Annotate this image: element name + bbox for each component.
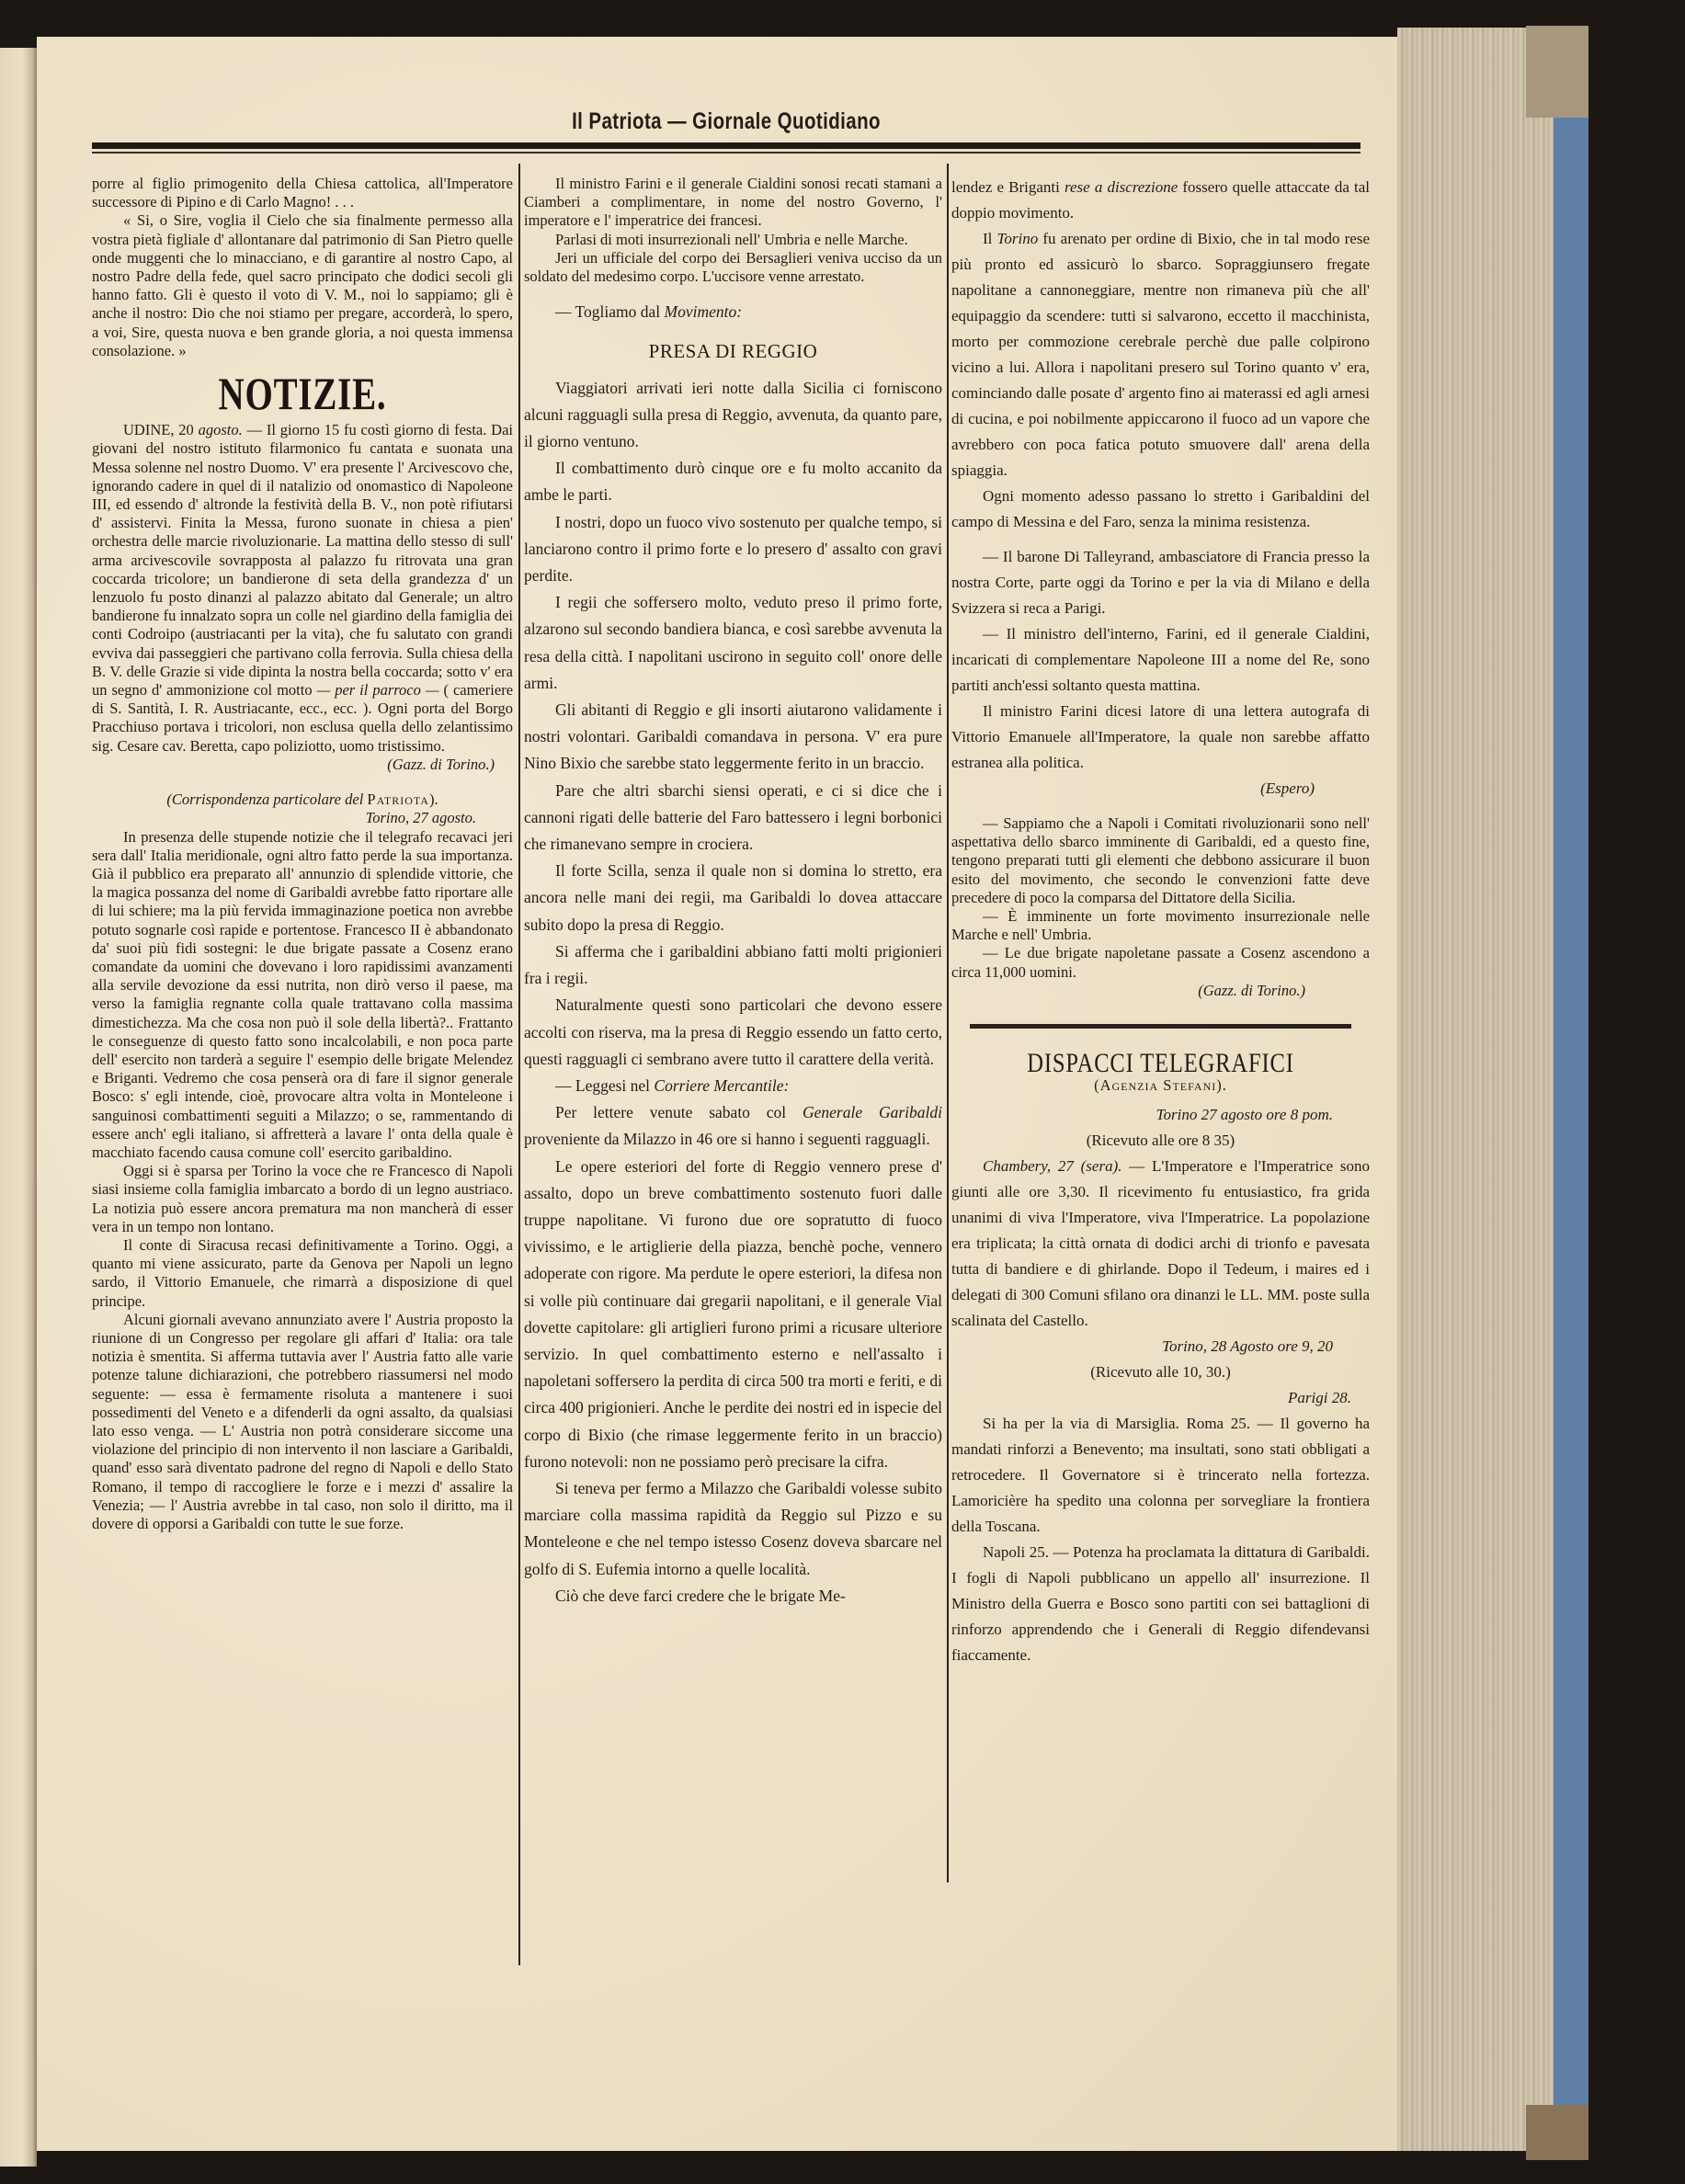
article-paragraph: Naturalmente questi sono particolari che… <box>524 992 942 1073</box>
dispatch-text: Napoli 25. — Potenza ha proclamata la di… <box>951 1540 1370 1668</box>
article-paragraph: Oggi si è sparsa per Torino la voce che … <box>92 1162 513 1236</box>
article-text: — Il giorno 15 fu costì giorno di festa.… <box>92 421 513 699</box>
article-paragraph: Il combattimento durò cinque ore e fu mo… <box>524 455 942 508</box>
agency-name: (Agenzia Stefani). <box>951 1076 1370 1095</box>
article-paragraph: porre al figlio primogenito della Chiesa… <box>92 175 513 211</box>
article-paragraph: I nostri, dopo un fuoco vivo sostenuto p… <box>524 509 942 590</box>
book-spine-left-page <box>0 48 37 2167</box>
article-paragraph: Il ministro Farini e il generale Cialdin… <box>524 175 942 231</box>
dispatch-text: Chambery, 27 (sera). — L'Imperatore e l'… <box>951 1154 1370 1334</box>
dateline-month: agosto. <box>199 421 243 438</box>
news-item: — Il barone Di Talleyrand, ambasciatore … <box>951 544 1370 621</box>
correspondence-header: (Corrispondenza particolare del Patriota… <box>92 791 513 809</box>
dispatch-place: Parigi 28. <box>951 1385 1351 1411</box>
dispatch-received: (Ricevuto alle 10, 30.) <box>951 1359 1370 1385</box>
dispatch-received: (Ricevuto alle ore 8 35) <box>951 1128 1370 1154</box>
source-name: Movimento: <box>665 302 743 321</box>
article-paragraph: Parlasi di moti insurrezionali nell' Umb… <box>524 231 942 249</box>
book-cover-corner-top <box>1526 26 1588 118</box>
source-attribution: (Gazz. di Torino.) <box>92 756 495 774</box>
article-paragraph: Viaggiatori arrivati ieri notte dalla Si… <box>524 375 942 456</box>
dateline-place: UDINE, 20 <box>123 421 194 438</box>
section-heading-dispacci: DISPACCI TELEGRAFICI <box>989 1054 1332 1073</box>
header-rule-thin <box>92 152 1361 154</box>
news-item: Il ministro Farini dicesi latore di una … <box>951 699 1370 776</box>
leggesi-line: — Leggesi nel Corriere Mercantile: <box>524 1073 942 1099</box>
news-item: — Le due brigate napoletane passate a Co… <box>951 944 1370 981</box>
article-paragraph: Il conte di Siracusa recasi definitivame… <box>92 1236 513 1311</box>
source-attribution: (Espero) <box>951 776 1315 802</box>
article-paragraph: Ogni momento adesso passano lo stretto i… <box>951 483 1370 535</box>
section-heading-notizie: NOTIZIE. <box>138 384 466 403</box>
running-head: Il Patriota — Giornale Quotidiano <box>206 108 1247 135</box>
source-name: Corriere Mercantile: <box>654 1076 789 1095</box>
news-item: — È imminente un forte movimento insurre… <box>951 907 1370 944</box>
article-paragraph: Pare che altri sbarchi siensi operati, e… <box>524 778 942 859</box>
article-paragraph: Si afferma che i garibaldini abbiano fat… <box>524 938 942 992</box>
article-paragraph: « Si, o Sire, voglia il Cielo che sia fi… <box>92 211 513 360</box>
motto: — per il parroco — <box>317 681 439 699</box>
togliamo-line: — Togliamo dal Movimento: <box>524 299 942 325</box>
column-3: lendez e Briganti rese a discrezione fos… <box>951 175 1370 1668</box>
article-paragraph: Il Torino fu arenato per ordine di Bixio… <box>951 226 1370 483</box>
header-rule <box>92 142 1361 149</box>
column-1: porre al figlio primogenito della Chiesa… <box>92 175 513 1533</box>
article-paragraph: Gli abitanti di Reggio e gli insorti aiu… <box>524 697 942 778</box>
subheading-presa-di-reggio: PRESA DI REGGIO <box>524 338 942 365</box>
paper-name: Patriota <box>367 791 429 808</box>
article-paragraph: Le opere esteriori del forte di Reggio v… <box>524 1154 942 1475</box>
news-item: — Sappiamo che a Napoli i Comitati rivol… <box>951 814 1370 907</box>
article-paragraph: Jeri un ufficiale del corpo dei Bersagli… <box>524 249 942 286</box>
article-paragraph: Si teneva per fermo a Milazzo che Gariba… <box>524 1475 942 1583</box>
column-divider-2 <box>947 164 949 1883</box>
column-2: Il ministro Farini e il generale Cialdin… <box>524 175 942 1610</box>
dispatch-text: Si ha per la via di Marsiglia. Roma 25. … <box>951 1411 1370 1540</box>
news-item: — Il ministro dell'interno, Farini, ed i… <box>951 621 1370 699</box>
correspondence-dateline: Torino, 27 agosto. <box>92 809 476 827</box>
ship-name: Generale Garibaldi <box>803 1103 942 1121</box>
source-attribution: (Gazz. di Torino.) <box>951 982 1305 1000</box>
dispatch-dateline: Torino 27 agosto ore 8 pom. <box>951 1102 1333 1128</box>
section-separator <box>970 1024 1351 1029</box>
article-paragraph: Alcuni giornali avevano annunziato avere… <box>92 1311 513 1533</box>
article-paragraph: Per lettere venute sabato col Generale G… <box>524 1099 942 1153</box>
book-page-edges <box>1397 28 1554 2151</box>
article-paragraph: In presenza delle stupende notizie che i… <box>92 828 513 1163</box>
ship-name: Torino <box>997 230 1039 247</box>
column-divider-1 <box>518 164 520 1965</box>
article-paragraph: lendez e Briganti rese a discrezione fos… <box>951 175 1370 226</box>
dispatch-dateline: Torino, 28 Agosto ore 9, 20 <box>951 1334 1333 1359</box>
udine-article: UDINE, 20 agosto. — Il giorno 15 fu cost… <box>92 421 513 756</box>
article-paragraph: I regii che soffersero molto, veduto pre… <box>524 589 942 697</box>
book-cover-corner-bottom <box>1526 2105 1588 2160</box>
book-cover-edge <box>1554 26 1588 2158</box>
article-paragraph: Il forte Scilla, senza il quale non si d… <box>524 858 942 938</box>
article-paragraph: Ciò che deve farci credere che le brigat… <box>524 1583 942 1610</box>
